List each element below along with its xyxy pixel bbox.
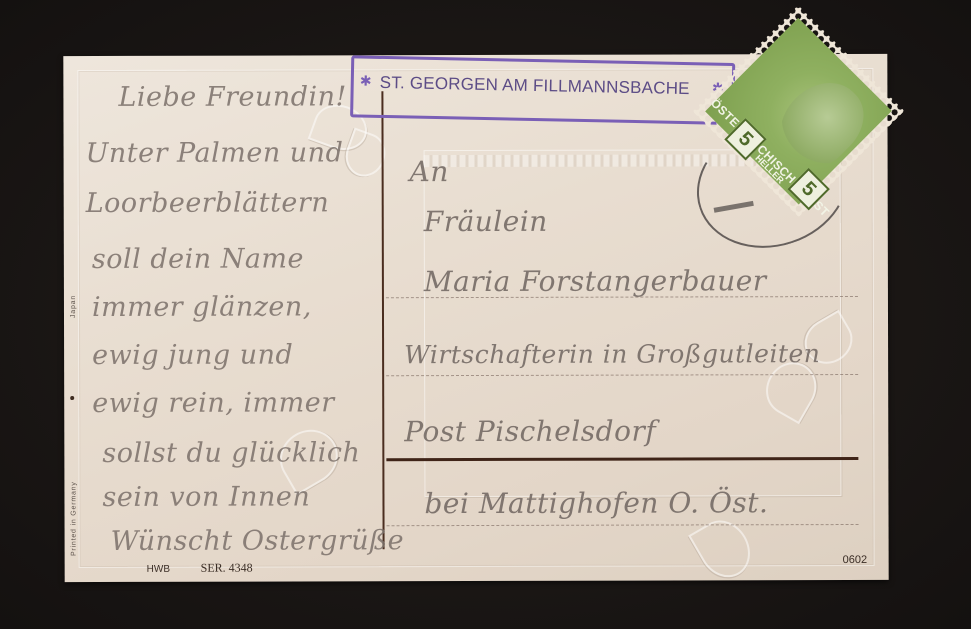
address-line-text: Fräulein <box>424 205 548 238</box>
cancel-stamp-box: ✱ ST. GEORGEN AM FILLMANNSBACHE ✱ <box>350 55 735 125</box>
message-line: immer glänzen, <box>92 291 312 323</box>
message-line: Unter Palmen und <box>86 137 344 169</box>
address-line-text: An <box>410 155 449 188</box>
publisher-mark: HWB <box>147 564 170 575</box>
printed-in-germany: Printed in Germany <box>70 481 77 556</box>
message-line: sollst du glücklich <box>102 437 360 469</box>
address-line-text: Wirtschafterin in Großgutleiten <box>404 339 820 369</box>
message-line: ewig jung und <box>92 339 293 371</box>
address-line-text: bei Mattighofen O. Öst. <box>424 486 768 520</box>
message-line: Loorbeerblättern <box>86 187 330 219</box>
postcard: ✱ ST. GEORGEN AM FILLMANNSBACHE ✱ ÖSTERR… <box>63 54 888 582</box>
message-line: Liebe Freundin! <box>118 81 347 113</box>
message-line: soll dein Name <box>92 243 304 275</box>
message-line: Wünscht Ostergrüße <box>111 525 405 557</box>
message-line: ewig rein, immer <box>92 387 334 419</box>
series-number: SER. 4348 <box>201 561 253 576</box>
address-line-text: Post Pischelsdorf <box>404 415 656 449</box>
address-line-text: Maria Forstangerbauer <box>424 264 767 298</box>
star-icon: ✱ <box>360 74 372 91</box>
cancel-stamp-text: ST. GEORGEN AM FILLMANNSBACHE <box>380 73 690 99</box>
card-number: 0602 <box>843 554 868 566</box>
message-line: sein von Innen <box>102 481 310 513</box>
punch-dot <box>70 396 74 400</box>
japan-mark: Japan <box>70 295 77 318</box>
